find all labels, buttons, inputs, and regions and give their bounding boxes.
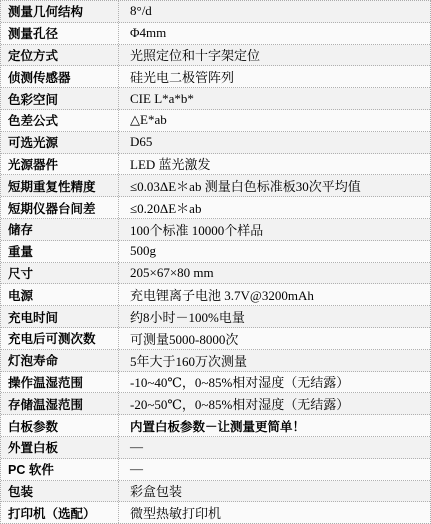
spec-label: 储存 (1, 219, 119, 240)
spec-label: 重量 (1, 241, 119, 262)
table-row: 电源 充电锂离子电池 3.7V@3200mAh (1, 284, 430, 306)
spec-label: 短期仪器台间差 (1, 197, 119, 218)
spec-value: Φ4mm (119, 23, 430, 44)
table-row: 可选光源 D65 (1, 132, 430, 154)
spec-value: ≤0.20ΔE＊ab (119, 197, 430, 218)
spec-label: 短期重复性精度 (1, 175, 119, 196)
spec-value: 硅光电二极管阵列 (119, 66, 430, 87)
spec-table: 测量几何结构 8°/d 测量孔径 Φ4mm 定位方式 光照定位和十字架定位 侦测… (0, 0, 431, 524)
spec-label: 包装 (1, 481, 119, 502)
table-row: 灯泡寿命 5年大于160万次测量 (1, 350, 430, 372)
spec-value: 微型热敏打印机 (119, 502, 430, 523)
spec-value: △E*ab (119, 110, 430, 131)
table-row: 光源器件 LED 蓝光激发 (1, 154, 430, 176)
spec-value: -10~40℃，0~85%相对湿度（无结露） (119, 372, 430, 393)
spec-value: ≤0.03ΔE＊ab 测量白色标准板30次平均值 (119, 175, 430, 196)
spec-label: 充电时间 (1, 306, 119, 327)
spec-label: 测量几何结构 (1, 1, 119, 22)
spec-label: 定位方式 (1, 45, 119, 66)
spec-value: 500g (119, 241, 430, 262)
table-row: 白板参数 内置白板参数－让测量更简单！ (1, 415, 430, 437)
table-row: 短期重复性精度 ≤0.03ΔE＊ab 测量白色标准板30次平均值 (1, 175, 430, 197)
spec-label: 存储温湿范围 (1, 393, 119, 414)
spec-label: 光源器件 (1, 154, 119, 175)
spec-value: 8°/d (119, 1, 430, 22)
spec-value: 彩盒包装 (119, 481, 430, 502)
table-row: 操作温湿范围 -10~40℃，0~85%相对湿度（无结露） (1, 372, 430, 394)
spec-value: CIE L*a*b* (119, 88, 430, 109)
table-row: 色彩空间 CIE L*a*b* (1, 88, 430, 110)
spec-label: 打印机（选配） (1, 502, 119, 523)
table-row: PC 软件 — (1, 459, 430, 481)
table-row: 外置白板 — (1, 437, 430, 459)
spec-label: 白板参数 (1, 415, 119, 436)
spec-value: 5年大于160万次测量 (119, 350, 430, 371)
table-row: 测量孔径 Φ4mm (1, 23, 430, 45)
table-row: 测量几何结构 8°/d (1, 1, 430, 23)
spec-value: D65 (119, 132, 430, 153)
spec-value: 充电锂离子电池 3.7V@3200mAh (119, 284, 430, 305)
table-row: 侦测传感器 硅光电二极管阵列 (1, 66, 430, 88)
spec-value: 可测量5000-8000次 (119, 328, 430, 349)
spec-value: — (119, 437, 430, 458)
table-row: 定位方式 光照定位和十字架定位 (1, 45, 430, 67)
spec-label: 操作温湿范围 (1, 372, 119, 393)
spec-label: 灯泡寿命 (1, 350, 119, 371)
spec-value: — (119, 459, 430, 480)
spec-label: 测量孔径 (1, 23, 119, 44)
spec-label: 侦测传感器 (1, 66, 119, 87)
spec-label: 充电后可测次数 (1, 328, 119, 349)
spec-value: 约8小时－100%电量 (119, 306, 430, 327)
table-row: 尺寸 205×67×80 mm (1, 263, 430, 285)
table-row: 打印机（选配） 微型热敏打印机 (1, 502, 430, 523)
spec-value: 205×67×80 mm (119, 263, 430, 284)
spec-label: 可选光源 (1, 132, 119, 153)
table-row: 充电时间 约8小时－100%电量 (1, 306, 430, 328)
spec-label: 电源 (1, 284, 119, 305)
table-row: 短期仪器台间差 ≤0.20ΔE＊ab (1, 197, 430, 219)
table-row: 包装 彩盒包装 (1, 481, 430, 503)
spec-value: 光照定位和十字架定位 (119, 45, 430, 66)
spec-label: 外置白板 (1, 437, 119, 458)
spec-value: -20~50℃，0~85%相对湿度（无结露） (119, 393, 430, 414)
spec-value: LED 蓝光激发 (119, 154, 430, 175)
table-row: 存储温湿范围 -20~50℃，0~85%相对湿度（无结露） (1, 393, 430, 415)
table-row: 重量 500g (1, 241, 430, 263)
table-row: 储存 100个标准 10000个样品 (1, 219, 430, 241)
spec-label: PC 软件 (1, 459, 119, 480)
spec-value: 内置白板参数－让测量更简单！ (119, 415, 430, 436)
spec-label: 色彩空间 (1, 88, 119, 109)
spec-label: 色差公式 (1, 110, 119, 131)
table-row: 色差公式 △E*ab (1, 110, 430, 132)
spec-value: 100个标准 10000个样品 (119, 219, 430, 240)
spec-label: 尺寸 (1, 263, 119, 284)
table-row: 充电后可测次数 可测量5000-8000次 (1, 328, 430, 350)
